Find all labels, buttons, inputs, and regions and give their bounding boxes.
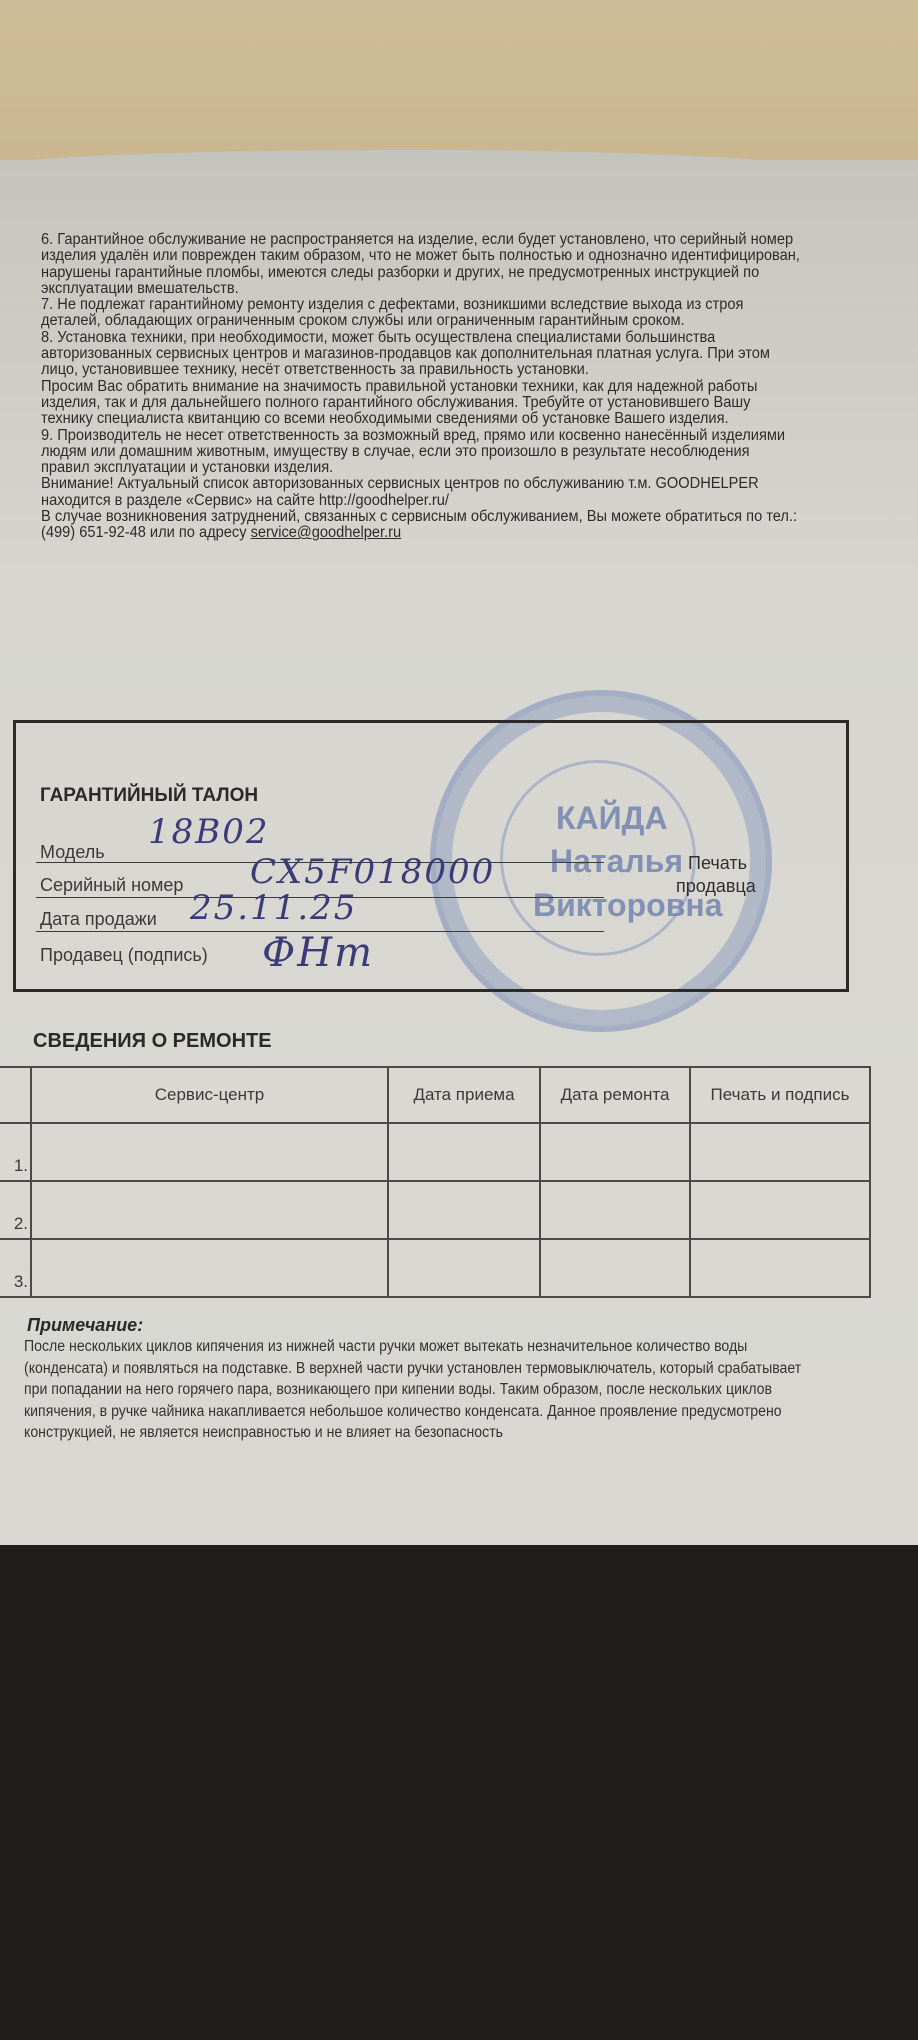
serial-number-label: Серийный номер <box>40 875 183 896</box>
note-text: После нескольких циклов кипячения из ниж… <box>24 1336 807 1444</box>
term-7: 7. Не подлежат гарантийному ремонту изде… <box>41 297 801 330</box>
date-received-cell[interactable] <box>388 1239 540 1297</box>
header-number <box>0 1067 31 1123</box>
header-date-repaired: Дата ремонта <box>540 1067 690 1123</box>
repair-table-header: Сервис-центр Дата приема Дата ремонта Пе… <box>0 1067 870 1123</box>
date-repaired-cell[interactable] <box>540 1239 690 1297</box>
sale-date-value[interactable]: 25.11.25 <box>190 888 357 928</box>
service-center-cell[interactable] <box>31 1181 388 1239</box>
seal-label-line2: продавца <box>676 876 756 897</box>
dark-table-surface <box>0 1545 918 2040</box>
contact-info: В случае возникновения затруднений, связ… <box>41 509 801 542</box>
seal-signature-cell[interactable] <box>690 1123 870 1181</box>
warranty-terms: 6. Гарантийное обслуживание не распростр… <box>41 232 801 542</box>
header-service-center: Сервис-центр <box>31 1067 388 1123</box>
row-number: 1. <box>0 1123 31 1181</box>
contact-text: В случае возникновения затруднений, связ… <box>41 508 797 541</box>
term-8: 8. Установка техники, при необходимости,… <box>41 330 801 379</box>
date-repaired-cell[interactable] <box>540 1181 690 1239</box>
service-centers-notice: Внимание! Актуальный список авторизованн… <box>41 476 801 509</box>
service-center-cell[interactable] <box>31 1239 388 1297</box>
service-center-cell[interactable] <box>31 1123 388 1181</box>
date-repaired-cell[interactable] <box>540 1123 690 1181</box>
repair-table: Сервис-центр Дата приема Дата ремонта Пе… <box>0 1066 871 1298</box>
table-row: 3. <box>0 1239 870 1297</box>
row-number: 3. <box>0 1239 31 1297</box>
sale-date-label: Дата продажи <box>40 909 157 930</box>
date-received-cell[interactable] <box>388 1181 540 1239</box>
note-title: Примечание: <box>27 1315 143 1336</box>
row-number: 2. <box>0 1181 31 1239</box>
header-seal-signature: Печать и подпись <box>690 1067 870 1123</box>
term-6: 6. Гарантийное обслуживание не распростр… <box>41 232 801 297</box>
table-row: 1. <box>0 1123 870 1181</box>
installation-notice: Просим Вас обратить внимание на значимос… <box>41 379 801 428</box>
contact-email-link[interactable]: service@goodhelper.ru <box>251 524 402 541</box>
seal-signature-cell[interactable] <box>690 1239 870 1297</box>
seller-signature: ФНт <box>262 930 374 976</box>
date-received-cell[interactable] <box>388 1123 540 1181</box>
header-date-received: Дата приема <box>388 1067 540 1123</box>
model-value[interactable]: 18B02 <box>148 812 270 852</box>
seal-label-line1: Печать <box>688 853 747 874</box>
repair-section-title: СВЕДЕНИЯ О РЕМОНТЕ <box>33 1030 272 1053</box>
serial-number-value[interactable]: CX5F018000 <box>250 852 495 892</box>
table-row: 2. <box>0 1181 870 1239</box>
seal-signature-cell[interactable] <box>690 1181 870 1239</box>
seller-signature-label: Продавец (подпись) <box>40 945 208 966</box>
term-9: 9. Производитель не несет ответственност… <box>41 428 801 477</box>
model-label: Модель <box>40 842 105 863</box>
warranty-card-title: ГАРАНТИЙНЫЙ ТАЛОН <box>40 785 258 807</box>
